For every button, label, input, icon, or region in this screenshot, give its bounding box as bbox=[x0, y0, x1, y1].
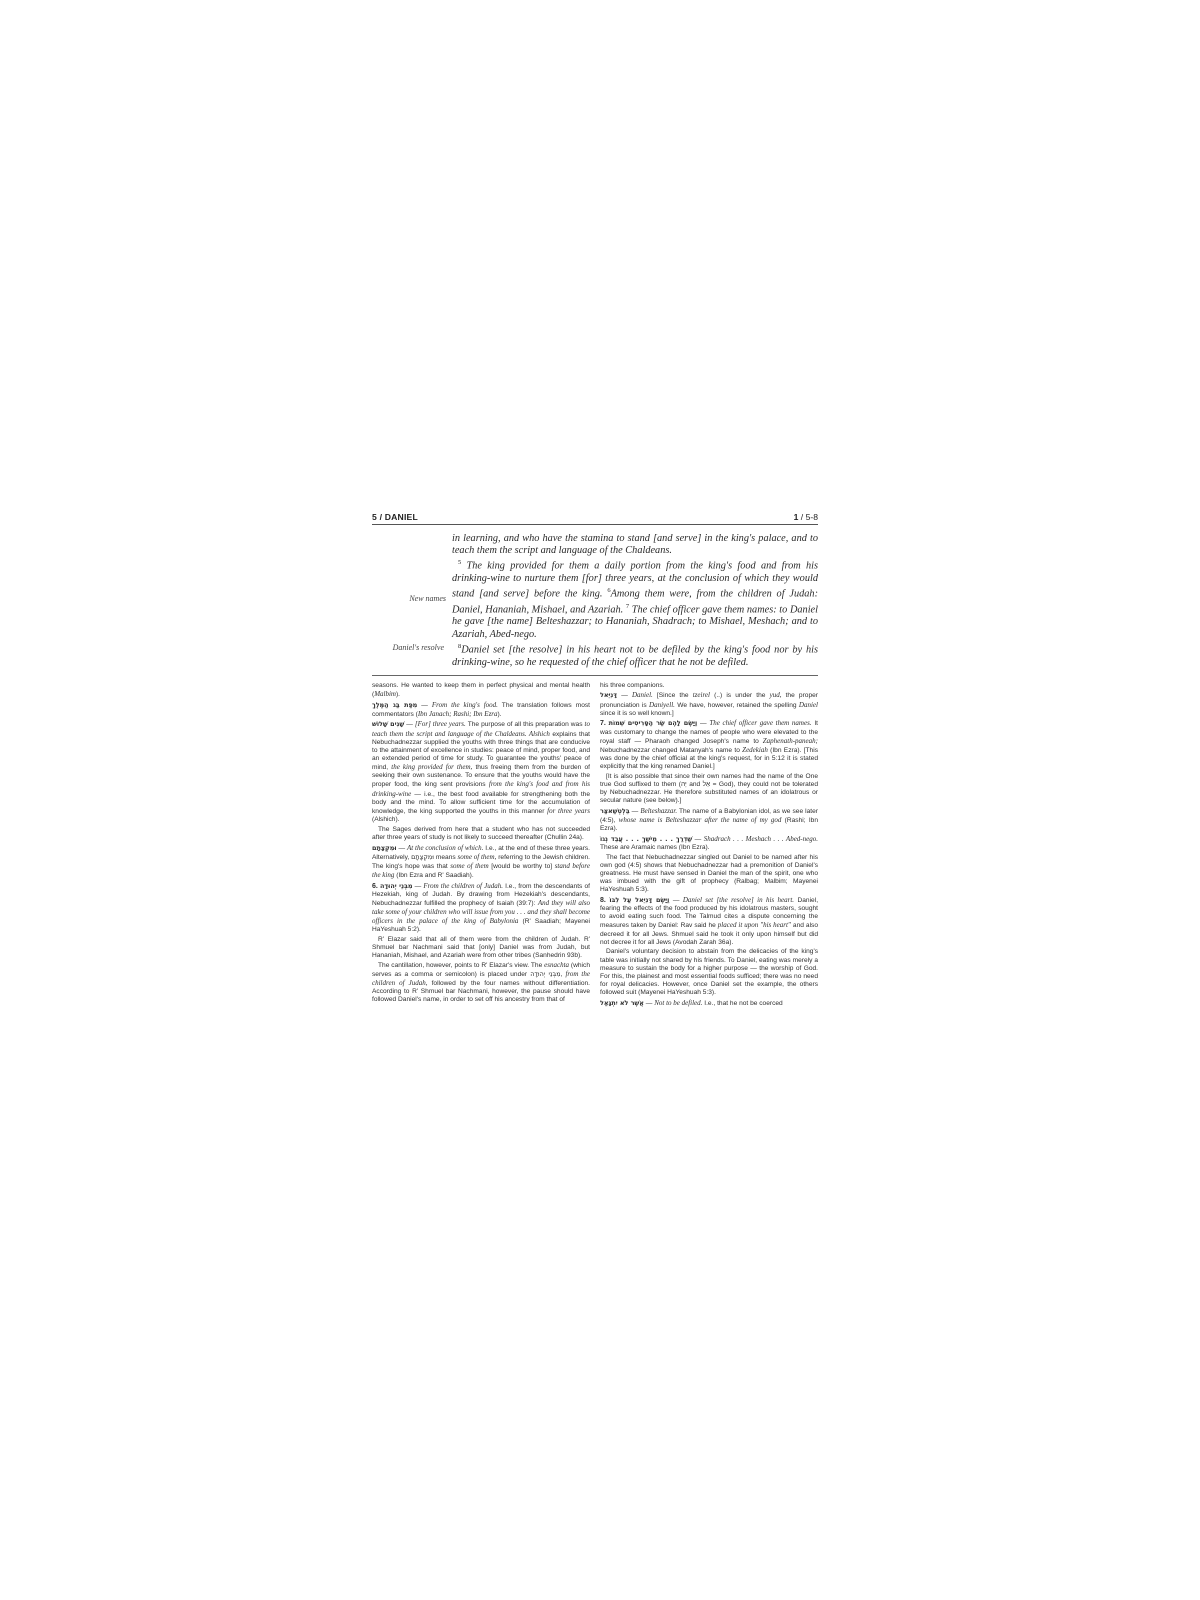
hebrew-lemma: וַיָּשֶׂם דָּנִיֵּאל עַל לִבּוֹ bbox=[609, 896, 669, 904]
text: (Ibn Ezra and R' Saadiah). bbox=[394, 872, 473, 879]
commentary-paragraph: seasons. He wanted to keep them in perfe… bbox=[372, 682, 590, 699]
book-page: 5 / DANIEL 1 / 5-8 New names Daniel's re… bbox=[372, 512, 818, 1010]
commentary-paragraph: 7. וַיָּשֶׂם לָהֶם שַׂר הַסָּרִיסִים שֵׁ… bbox=[600, 719, 818, 771]
verse-number: 7 bbox=[626, 603, 629, 610]
lemma-translation: From the children of Judah. bbox=[423, 882, 503, 890]
verse-text: in learning, and who have the stamina to… bbox=[452, 533, 818, 669]
italic-text: the king provided for them, bbox=[391, 763, 472, 771]
verse-4-end: in learning, and who have the stamina to… bbox=[452, 533, 818, 557]
text: [Since the bbox=[653, 692, 693, 699]
commentary-paragraph: 8. וַיָּשֶׂם דָּנִיֵּאל עַל לִבּוֹ — Dan… bbox=[600, 896, 818, 947]
italic-text: yud, bbox=[770, 691, 782, 699]
margin-note-daniels-resolve: Daniel's resolve bbox=[372, 643, 444, 653]
commentary-paragraph: 6. מִבְּנֵי יְהוּדָה — From the children… bbox=[372, 882, 590, 935]
lemma-translation: Not to be defiled. bbox=[654, 999, 702, 1007]
text: The cantillation, however, points to R' … bbox=[378, 962, 544, 969]
text: These are Aramaic names (Ibn Ezra). bbox=[600, 844, 710, 851]
lemma-translation: The chief officer gave them names. bbox=[709, 719, 811, 727]
hebrew-lemma: וּמִקְצָתָם bbox=[372, 844, 397, 852]
commentary-paragraph: וּמִקְצָתָם — At the conclusion of which… bbox=[372, 844, 590, 881]
commentary-paragraph: The cantillation, however, points to R' … bbox=[372, 961, 590, 1005]
text: (..) is under the bbox=[710, 692, 770, 699]
source-citation: Malbim bbox=[374, 690, 396, 698]
commentary-paragraph: his three companions. bbox=[600, 682, 818, 690]
italic-text: for three years bbox=[547, 807, 590, 815]
verse-number: 7. bbox=[600, 720, 606, 727]
commentary-left-column: seasons. He wanted to keep them in perfe… bbox=[372, 682, 590, 1010]
italic-text: placed it upon "his heart" bbox=[718, 921, 791, 929]
commentary-paragraph: אֲשֶׁר לֹא יִתְגָּאַל — Not to be defile… bbox=[600, 999, 818, 1008]
hebrew-lemma: שַׁדְרַךְ . . . מֵישַׁךְ . . . עֲבֵד נְג… bbox=[600, 835, 692, 843]
commentary-paragraph: R' Elazar said that all of them were fro… bbox=[372, 936, 590, 960]
italic-text: esnachta bbox=[544, 961, 569, 969]
section-divider bbox=[372, 675, 818, 676]
commentary-section: seasons. He wanted to keep them in perfe… bbox=[372, 682, 818, 1010]
verse-number: 8. bbox=[600, 897, 606, 904]
hebrew-lemma: וַיָּשֶׂם לָהֶם שַׂר הַסָּרִיסִים שֵׁמוֹ… bbox=[609, 719, 698, 727]
text: We have, however, retained the spelling bbox=[675, 702, 799, 709]
commentary-paragraph: Daniel's voluntary decision to abstain f… bbox=[600, 948, 818, 997]
verse-number: 6. bbox=[372, 883, 378, 890]
italic-text: tzeirel bbox=[693, 691, 710, 699]
verse-number: 5 bbox=[458, 559, 461, 566]
commentary-paragraph: שָׁנִים שָׁלוֹשׁ — [For] three years. Th… bbox=[372, 720, 590, 824]
commentary-paragraph: The Sages derived from here that a stude… bbox=[372, 826, 590, 842]
italic-text: whose name is Belteshazzar after the nam… bbox=[619, 816, 782, 824]
hebrew-word: מִבְּנֵי יְהוּדָה bbox=[530, 970, 560, 978]
hebrew-lemma: בֵּלְטְשַׁאצַּר bbox=[600, 807, 630, 815]
text: seasons. He wanted to keep them in perfe… bbox=[372, 682, 590, 698]
commentary-paragraph: [It is also possible that since their ow… bbox=[600, 773, 818, 806]
source-citation: Ibn Janach; Rashi; Ibn Ezra bbox=[418, 710, 498, 718]
text: ). bbox=[396, 691, 400, 698]
lemma-translation: From the king's food. bbox=[432, 701, 498, 709]
text: (Alshich). bbox=[372, 816, 399, 823]
text: Nebuchadnezzar changed Matanyah's name t… bbox=[600, 747, 742, 754]
lemma-translation: Daniel set [the resolve] in his heart. bbox=[683, 896, 794, 904]
verse-5: 5 The king provided for them a daily por… bbox=[452, 557, 818, 640]
text: [would be worthy to] bbox=[489, 863, 555, 870]
verse-translation-block: New names Daniel's resolve in learning, … bbox=[372, 533, 818, 669]
margin-note-new-names: New names bbox=[372, 594, 446, 604]
text: The purpose of all this preparation was bbox=[466, 721, 585, 728]
hebrew-lemma: אֲשֶׁר לֹא יִתְגָּאַל bbox=[600, 999, 644, 1007]
italic-text: Zaphenath-paneah; bbox=[763, 737, 818, 745]
lemma-translation: [For] three years. bbox=[415, 720, 466, 728]
lemma-translation: At the conclusion of which. bbox=[407, 844, 483, 852]
text: means bbox=[434, 854, 458, 861]
italic-text: Daniyell. bbox=[649, 701, 675, 709]
italic-text: some of them bbox=[450, 862, 488, 870]
commentary-paragraph: דָּנִיֵּאל — Daniel. [Since the tzeirel … bbox=[600, 691, 818, 717]
verse-8-text: Daniel set [the resolve] in his heart no… bbox=[452, 644, 818, 667]
text: ). bbox=[498, 711, 502, 718]
commentary-paragraph: שַׁדְרַךְ . . . מֵישַׁךְ . . . עֲבֵד נְג… bbox=[600, 835, 818, 852]
italic-text: Zedekiah bbox=[742, 746, 768, 754]
header-chapter-verses: 1 / 5-8 bbox=[794, 512, 818, 522]
hebrew-lemma: דָּנִיֵּאל bbox=[600, 691, 617, 699]
hebrew-word: וּמִקְצָתָם bbox=[411, 853, 434, 861]
commentary-paragraph: מִפַּת בַּג הַמֶּלֶךְ — From the king's … bbox=[372, 701, 590, 719]
hebrew-lemma: מִבְּנֵי יְהוּדָה bbox=[380, 882, 412, 890]
lemma-translation: Shadrach . . . Meshach . . . Abed-nego. bbox=[704, 835, 818, 843]
text: I.e., that he not be coerced bbox=[702, 1000, 782, 1007]
verse-8: 8Daniel set [the resolve] in his heart n… bbox=[452, 641, 818, 669]
commentary-paragraph: בֵּלְטְשַׁאצַּר — Belteshazzar. The name… bbox=[600, 807, 818, 833]
header-verses: / 5-8 bbox=[798, 512, 818, 522]
running-header: 5 / DANIEL 1 / 5-8 bbox=[372, 512, 818, 525]
italic-text: Daniel bbox=[799, 701, 818, 709]
hebrew-lemma: מִפַּת בַּג הַמֶּלֶךְ bbox=[372, 701, 417, 709]
lemma-translation: Belteshazzar. bbox=[640, 807, 677, 815]
text: since it is so well known.] bbox=[600, 710, 674, 717]
header-book-title: 5 / DANIEL bbox=[372, 512, 418, 522]
hebrew-lemma: שָׁנִים שָׁלוֹשׁ bbox=[372, 720, 404, 728]
commentary-paragraph: The fact that Nebuchadnezzar singled out… bbox=[600, 854, 818, 895]
italic-text: some of them, bbox=[458, 853, 497, 861]
commentary-right-column: his three companions. דָּנִיֵּאל — Danie… bbox=[600, 682, 818, 1010]
lemma-translation: Daniel. bbox=[632, 691, 653, 699]
